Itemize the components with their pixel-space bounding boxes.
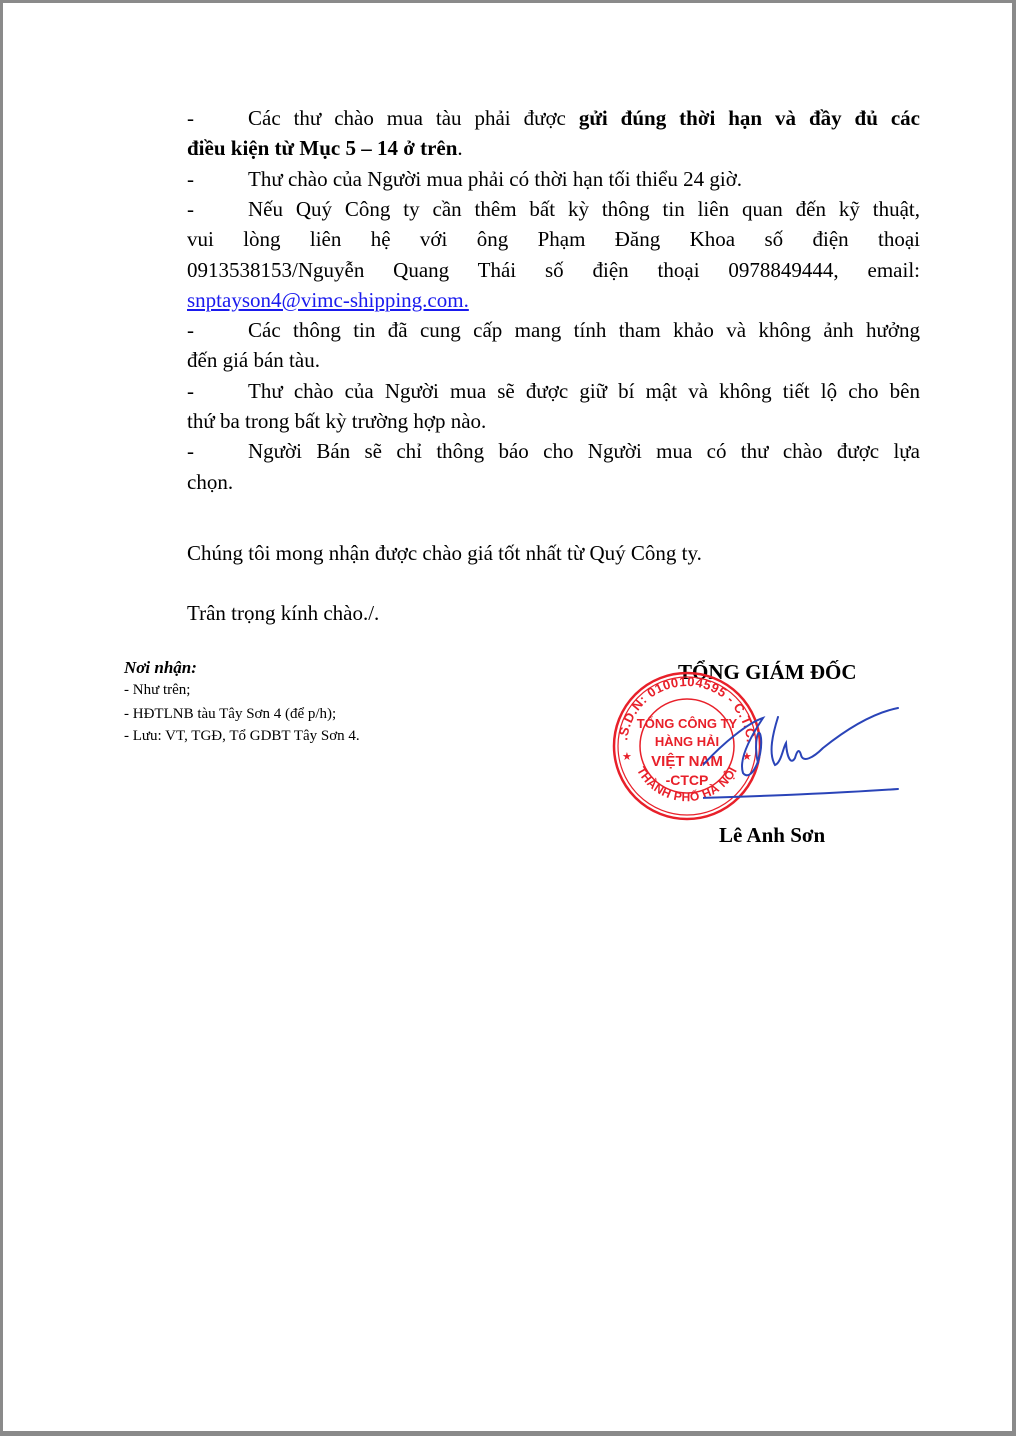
recipients-title: Nơi nhận: bbox=[124, 658, 197, 678]
bullet-dash: - bbox=[187, 376, 194, 406]
bullet-text: điều kiện từ Mục 5 – 14 ở trên bbox=[187, 136, 457, 160]
bullet-line: đến giá bán tàu. bbox=[187, 345, 920, 375]
closing-line: Chúng tôi mong nhận được chào giá tốt nh… bbox=[187, 538, 920, 568]
document-page: -Các thư chào mua tàu phải được gửi đúng… bbox=[3, 3, 1012, 1431]
bullet-line: 0913538153/Nguyễn Quang Thái số điện tho… bbox=[187, 255, 920, 285]
signature-icon bbox=[703, 703, 903, 803]
bullet-text: Các thông tin đã cung cấp mang tính tham… bbox=[248, 318, 920, 342]
bullet-text: thứ ba trong bất kỳ trường hợp nào. bbox=[187, 409, 486, 433]
bullet-dash: - bbox=[187, 436, 194, 466]
bullet-line: -Các thông tin đã cung cấp mang tính tha… bbox=[187, 315, 920, 345]
bullet-line: -Nếu Quý Công ty cần thêm bất kỳ thông t… bbox=[187, 194, 920, 224]
bullet-line: -Thư chào của Người mua phải có thời hạn… bbox=[187, 164, 920, 194]
bullet-text: Người Bán sẽ chỉ thông báo cho Người mua… bbox=[248, 439, 920, 463]
bullet-line: snptayson4@vimc-shipping.com. bbox=[187, 285, 920, 315]
bullet-line: điều kiện từ Mục 5 – 14 ở trên. bbox=[187, 133, 920, 163]
bullet-dash: - bbox=[187, 103, 194, 133]
svg-text:★: ★ bbox=[622, 751, 632, 763]
bullet-text: Thư chào của Người mua phải có thời hạn … bbox=[248, 167, 742, 191]
bullet-text: . bbox=[457, 136, 462, 160]
bullet-dash: - bbox=[187, 164, 194, 194]
recipient-item: - HĐTLNB tàu Tây Sơn 4 (để p/h); bbox=[124, 704, 336, 724]
email-link[interactable]: snptayson4@vimc-shipping.com. bbox=[187, 288, 469, 312]
signer-name: Lê Anh Sơn bbox=[719, 823, 825, 848]
regards-line: Trân trọng kính chào./. bbox=[187, 598, 920, 628]
bullet-text: Các thư chào mua tàu phải được bbox=[248, 106, 579, 130]
bullet-line: thứ ba trong bất kỳ trường hợp nào. bbox=[187, 406, 920, 436]
bullet-text: chọn. bbox=[187, 470, 233, 494]
bullet-line: vui lòng liên hệ với ông Phạm Đăng Khoa … bbox=[187, 224, 920, 254]
bullet-text: đến giá bán tàu. bbox=[187, 348, 320, 372]
recipient-item: - Như trên; bbox=[124, 680, 190, 700]
bullet-line: -Thư chào của Người mua sẽ được giữ bí m… bbox=[187, 376, 920, 406]
bullet-text: 0913538153/Nguyễn Quang Thái số điện tho… bbox=[187, 258, 920, 282]
bullet-text: gửi đúng thời hạn và đầy đủ các bbox=[579, 106, 920, 130]
bullet-line: chọn. bbox=[187, 467, 920, 497]
bullet-text: vui lòng liên hệ với ông Phạm Đăng Khoa … bbox=[187, 227, 920, 251]
bullet-line: -Người Bán sẽ chỉ thông báo cho Người mu… bbox=[187, 436, 920, 466]
bullet-dash: - bbox=[187, 315, 194, 345]
bullet-dash: - bbox=[187, 194, 194, 224]
svg-text:-CTCP: -CTCP bbox=[666, 772, 709, 788]
bullet-text: Thư chào của Người mua sẽ được giữ bí mậ… bbox=[248, 379, 920, 403]
bullet-line: -Các thư chào mua tàu phải được gửi đúng… bbox=[187, 103, 920, 133]
bullet-text: Nếu Quý Công ty cần thêm bất kỳ thông ti… bbox=[248, 197, 920, 221]
recipient-item: - Lưu: VT, TGĐ, Tổ GDBT Tây Sơn 4. bbox=[124, 726, 360, 746]
